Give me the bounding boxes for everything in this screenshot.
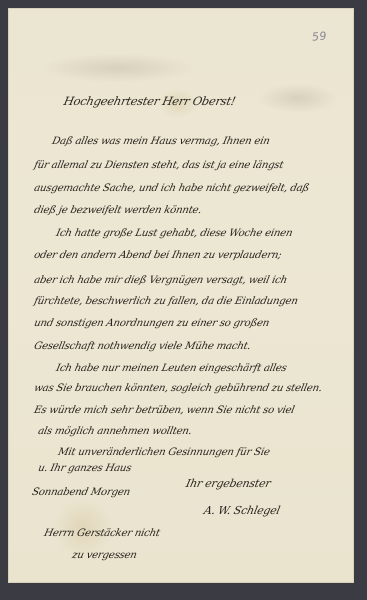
body-line: Gesellschaft nothwendig viele Mühe macht… <box>33 341 252 353</box>
body-line: was Sie brauchen könnten, sogleich gebüh… <box>33 383 323 395</box>
body-line: oder den andern Abend bei Ihnen zu verpl… <box>33 250 283 262</box>
date-line: Sonnabend Morgen <box>31 487 131 499</box>
salutation: Hochgeehrtester Herr Oberst! <box>63 95 237 107</box>
body-line: Daß alles was mein Haus vermag, Ihnen ei… <box>51 136 271 148</box>
ink-smudge <box>38 53 198 83</box>
folio-number: 59 <box>311 29 327 43</box>
signature: A. W. Schlegel <box>203 505 281 517</box>
body-line: dieß je bezweifelt werden könnte. <box>33 205 203 217</box>
body-line: aber ich habe mir dieß Vergnügen versagt… <box>33 275 288 287</box>
ink-smudge <box>258 83 338 113</box>
body-line: Ich hatte große Lust gehabt, diese Woche… <box>55 228 294 240</box>
closing-line: u. Ihr ganzes Haus <box>37 463 133 475</box>
body-line: als möglich annehmen wollten. <box>37 426 193 438</box>
body-line: fürchtete, beschwerlich zu fallen, da di… <box>33 296 299 308</box>
body-line: ausgemachte Sache, und ich habe nicht ge… <box>33 183 310 195</box>
complimentary-close: Ihr ergebenster <box>185 478 272 490</box>
body-line: und sonstigen Anordnungen zu einer so gr… <box>33 318 270 330</box>
body-line: Ich habe nur meinen Leuten eingeschärft … <box>55 363 288 375</box>
postscript-line: Herrn Gerstäcker nicht <box>43 528 161 540</box>
body-line: Es würde mich sehr betrüben, wenn Sie ni… <box>33 405 296 417</box>
body-line: Mit unveränderlichen Gesinnungen für Sie <box>57 447 271 459</box>
postscript-line: zu vergessen <box>71 550 138 562</box>
body-line: für allemal zu Diensten steht, das ist j… <box>33 160 285 172</box>
